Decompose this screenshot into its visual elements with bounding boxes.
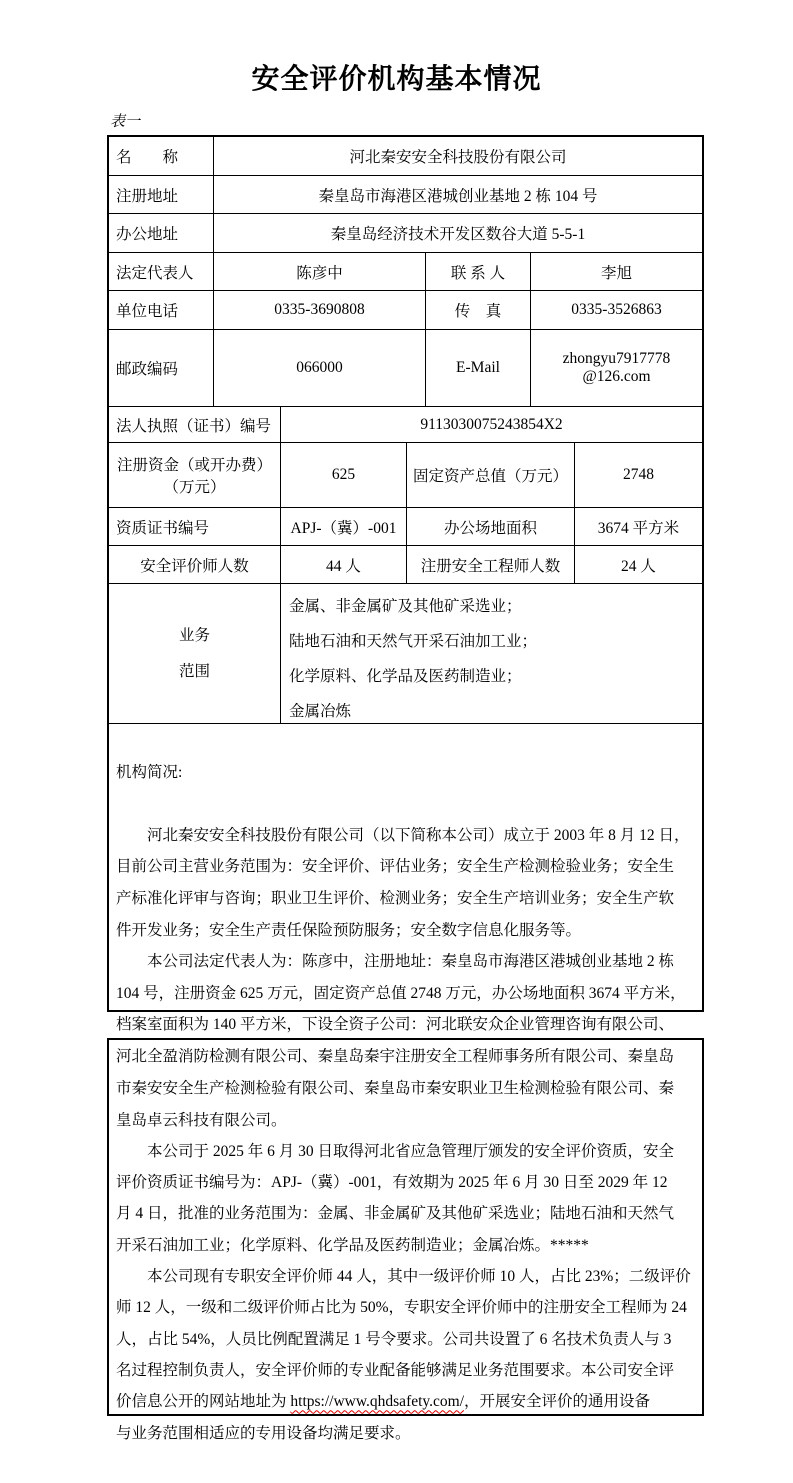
name-label: 名 称 — [109, 137, 214, 175]
table-row: 资质证书编号 APJ-（冀）-001 办公场地面积 3674 平方米 — [109, 508, 702, 546]
postcode-value: 066000 — [214, 330, 426, 406]
assessors-value: 44 人 — [281, 546, 407, 583]
office-area-value: 3674 平方米 — [575, 508, 702, 545]
reg-capital-value: 625 — [281, 443, 407, 507]
fixed-assets-value: 2748 — [575, 443, 702, 507]
assessors-label: 安全评价师人数 — [109, 546, 281, 583]
contact-value: 李旭 — [531, 253, 702, 290]
reg-address-label: 注册地址 — [109, 176, 214, 213]
business-scope-label: 业务 范围 — [109, 584, 281, 723]
info-table: 名 称 河北秦安安全科技股份有限公司 注册地址 秦皇岛市海港区港城创业基地 2 … — [107, 135, 704, 1012]
table-row: 办公地址 秦皇岛经济技术开发区数谷大道 5-5-1 — [109, 214, 702, 253]
table-row: 法定代表人 陈彦中 联 系 人 李旭 — [109, 253, 702, 291]
org-profile-section: 机构简况: 河北秦安安全科技股份有限公司（以下简称本公司）成立于 2003 年 … — [109, 724, 702, 1010]
office-area-label: 办公场地面积 — [407, 508, 575, 545]
email-value: zhongyu7917778 @126.com — [531, 330, 702, 406]
table-row: 法人执照（证书）编号 9113030075243854X2 — [109, 407, 702, 443]
table-row: 单位电话 0335-3690808 传 真 0335-3526863 — [109, 291, 702, 330]
continuation-box: 市秦安安全生产检测检验有限公司、秦皇岛市秦安职业卫生检测检验有限公司、秦 皇岛卓… — [107, 1038, 704, 1416]
legal-rep-value: 陈彦中 — [214, 253, 426, 290]
table-row: 注册地址 秦皇岛市海港区港城创业基地 2 栋 104 号 — [109, 176, 702, 214]
continuation-text: 市秦安安全生产检测检验有限公司、秦皇岛市秦安职业卫生检测检验有限公司、秦 皇岛卓… — [116, 1073, 694, 1449]
org-profile-text: 河北秦安安全科技股份有限公司（以下简称本公司）成立于 2003 年 8 月 12… — [116, 820, 694, 1073]
table-label: 表一 — [110, 110, 793, 131]
table-row: 业务 范围 金属、非金属矿及其他矿采选业； 陆地石油和天然气开采石油加工业； 化… — [109, 584, 702, 724]
fax-value: 0335-3526863 — [531, 291, 702, 329]
table-row: 注册资金（或开办费） （万元） 625 固定资产总值（万元） 2748 — [109, 443, 702, 508]
fax-label: 传 真 — [426, 291, 531, 329]
license-no-label: 法人执照（证书）编号 — [109, 407, 281, 442]
phone-label: 单位电话 — [109, 291, 214, 329]
contact-label: 联 系 人 — [426, 253, 531, 290]
office-address-value: 秦皇岛经济技术开发区数谷大道 5-5-1 — [214, 214, 702, 252]
phone-value: 0335-3690808 — [214, 291, 426, 329]
postcode-label: 邮政编码 — [109, 330, 214, 406]
document-page: 安全评价机构基本情况 表一 名 称 河北秦安安全科技股份有限公司 注册地址 秦皇… — [0, 0, 793, 1483]
business-scope-value: 金属、非金属矿及其他矿采选业； 陆地石油和天然气开采石油加工业； 化学原料、化学… — [281, 584, 702, 723]
url-text: https://www.qhdsafety.com/ — [290, 1393, 464, 1410]
cert-no-value: APJ-（冀）-001 — [281, 508, 407, 545]
legal-rep-label: 法定代表人 — [109, 253, 214, 290]
table-row: 邮政编码 066000 E-Mail zhongyu7917778 @126.c… — [109, 330, 702, 407]
fixed-assets-label: 固定资产总值（万元） — [407, 443, 575, 507]
engineers-label: 注册安全工程师人数 — [407, 546, 575, 583]
table-row: 名 称 河北秦安安全科技股份有限公司 — [109, 137, 702, 176]
office-address-label: 办公地址 — [109, 214, 214, 252]
engineers-value: 24 人 — [575, 546, 702, 583]
page-title: 安全评价机构基本情况 — [0, 0, 793, 96]
cert-no-label: 资质证书编号 — [109, 508, 281, 545]
email-label: E-Mail — [426, 330, 531, 406]
reg-capital-label: 注册资金（或开办费） （万元） — [109, 443, 281, 507]
reg-address-value: 秦皇岛市海港区港城创业基地 2 栋 104 号 — [214, 176, 702, 213]
name-value: 河北秦安安全科技股份有限公司 — [214, 137, 702, 175]
license-no-value: 9113030075243854X2 — [281, 407, 702, 442]
org-profile-heading: 机构简况: — [116, 757, 694, 789]
table-row: 安全评价师人数 44 人 注册安全工程师人数 24 人 — [109, 546, 702, 584]
